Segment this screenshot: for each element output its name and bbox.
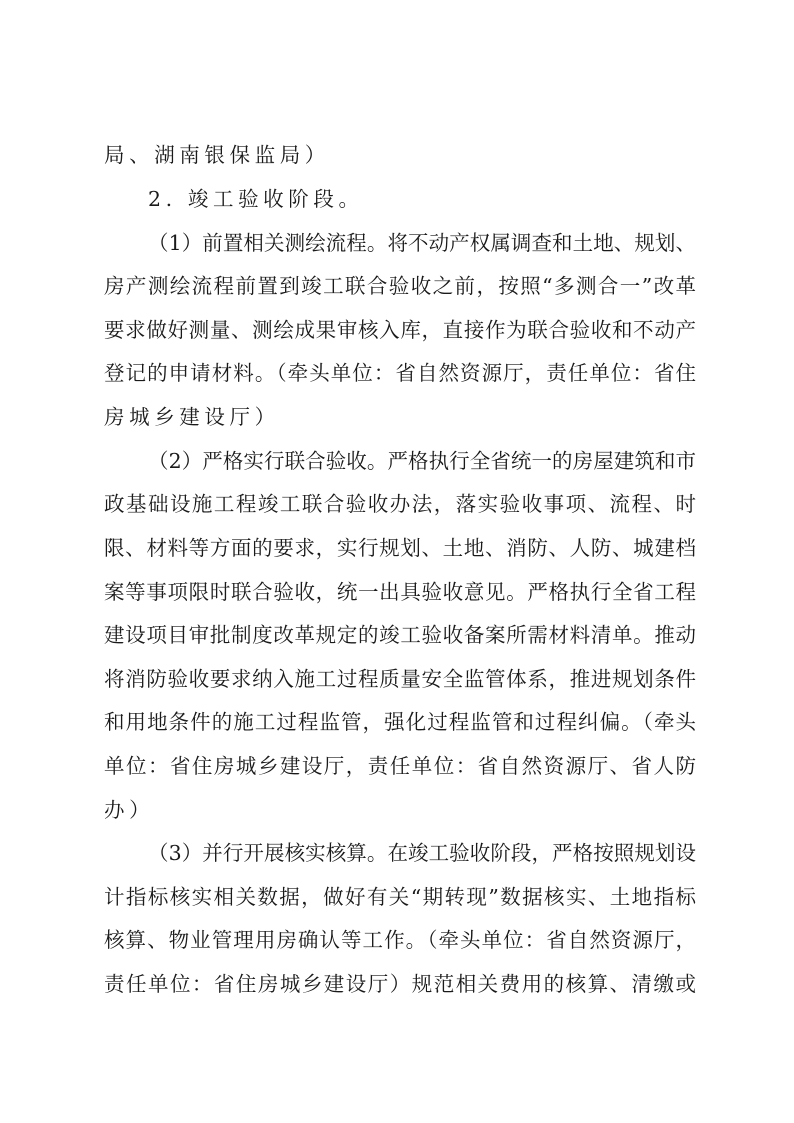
paragraph-1-line-1: （1）前置相关测绘流程。将不动产权属调查和土地、规划、 [148,228,696,258]
paragraph-3-line-2: 计指标核实相关数据，做好有关“期转现”数据核实、土地指标 [104,882,696,912]
paragraph-2-line-9: 办） [104,795,696,825]
paragraph-3-line-4: 责任单位：省住房城乡建设厅）规范相关费用的核算、清缴或 [104,969,696,999]
paragraph-1-line-3: 要求做好测量、测绘成果审核入库，直接作为联合验收和不动产 [104,315,696,345]
paragraph-1-line-4: 登记的申请材料。（牵头单位：省自然资源厅，责任单位：省住 [104,358,696,388]
paragraph-3-line-1: （3）并行开展核实核算。在竣工验收阶段，严格按照规划设 [148,838,696,868]
paragraph-3-line-3: 核算、物业管理用房确认等工作。（牵头单位：省自然资源厅， [104,925,696,955]
paragraph-2-line-4: 案等事项限时联合验收，统一出具验收意见。严格执行全省工程 [104,577,696,607]
paragraph-2-line-2: 政基础设施工程竣工联合验收办法，落实验收事项、流程、时 [104,489,696,519]
paragraph-2-line-5: 建设项目审批制度改革规定的竣工验收备案所需材料清单。推动 [104,620,696,650]
text-line-continuation: 局、湖南银保监局） [104,140,696,170]
paragraph-1-line-2: 房产测绘流程前置到竣工联合验收之前，按照“多测合一”改革 [104,271,696,301]
paragraph-2-line-7: 和用地条件的施工过程监管，强化过程监管和过程纠偏。（牵头 [104,707,696,737]
paragraph-2-line-1: （2）严格实行联合验收。严格执行全省统一的房屋建筑和市 [148,446,696,476]
document-page: 局、湖南银保监局） 2. 竣工验收阶段。 （1）前置相关测绘流程。将不动产权属调… [0,0,794,1123]
section-heading-completion-acceptance: 2. 竣工验收阶段。 [148,184,696,214]
paragraph-2-line-8: 单位：省住房城乡建设厅，责任单位：省自然资源厅、省人防 [104,751,696,781]
paragraph-2-line-6: 将消防验收要求纳入施工过程质量安全监管体系，推进规划条件 [104,664,696,694]
paragraph-1-line-5: 房城乡建设厅） [104,402,696,432]
paragraph-2-line-3: 限、材料等方面的要求，实行规划、土地、消防、人防、城建档 [104,533,696,563]
